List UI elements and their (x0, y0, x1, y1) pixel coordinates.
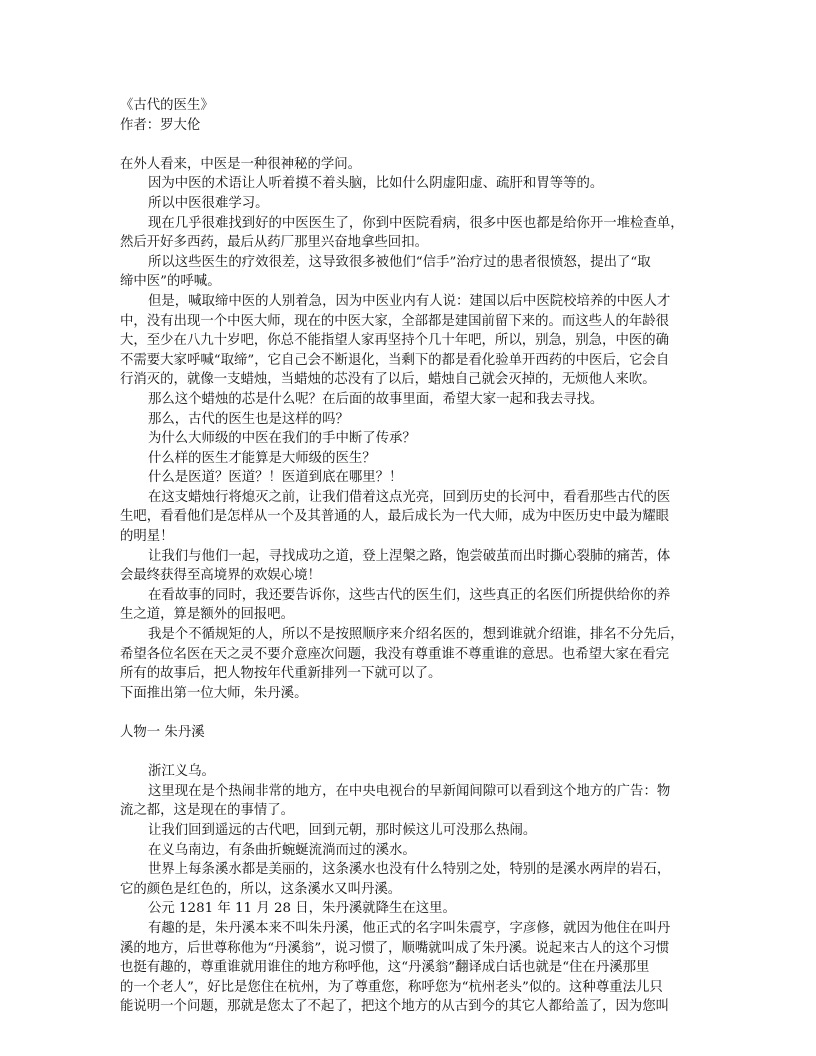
blank-line (120, 703, 700, 723)
paragraph: 我是个不循规矩的人，所以不是按照顺序来介绍名医的，想到谁就介绍谁，排名不分先后，… (120, 625, 700, 684)
text-line: 行消灭的，就像一支蜡烛，当蜡烛的芯没有了以后，蜡烛自己就会灭掉的，无烦他人来吹。 (120, 370, 700, 390)
paragraph: 在外人看来，中医是一种很神秘的学问。 (120, 155, 700, 175)
intro-section: 在外人看来，中医是一种很神秘的学问。因为中医的术语让人听着摸不着头脑，比如什么阴… (120, 155, 700, 704)
text-line: 生吧，看看他们是怎样从一个及其普通的人，最后成长为一代大师，成为中医历史中最为耀… (120, 507, 700, 527)
text-line: 溪的地方，后世尊称他为“丹溪翁”，说习惯了，顺嘴就叫成了朱丹溪。说起来古人的这个… (120, 939, 700, 959)
paragraph: 这里现在是个热闹非常的地方，在中央电视台的早新闻间隙可以看到这个地方的广告：物流… (120, 782, 700, 821)
paragraph: 现在几乎很难找到好的中医医生了，你到中医院看病，很多中医也都是给你开一堆检查单，… (120, 214, 700, 253)
paragraph: 什么是医道？医道？！医道到底在哪里？！ (120, 468, 700, 488)
text-line: 现在几乎很难找到好的中医医生了，你到中医院看病，很多中医也都是给你开一堆检查单， (120, 214, 700, 234)
text-line: 在这支蜡烛行将熄灭之前，让我们借着这点光亮，回到历史的长河中，看看那些古代的医 (120, 488, 700, 508)
text-line: 中，没有出现一个中医大师，现在的中医大家，全部都是建国前留下来的。而这些人的年龄… (120, 312, 700, 332)
text-line: 所以中医很难学习。 (120, 194, 700, 214)
paragraph: 因为中医的术语让人听着摸不着头脑，比如什么阴虚阳虚、疏肝和胃等等的。 (120, 174, 700, 194)
text-line: 不需要大家呼喊“取缔”，它自己会不断退化，当剩下的都是看化验单开西药的中医后，它… (120, 351, 700, 371)
text-line: 缔中医”的呼喊。 (120, 272, 700, 292)
text-line: 会最终获得至高境界的欢娱心境！ (120, 566, 700, 586)
text-line: 也挺有趣的，尊重谁就用谁住的地方称呼他，这“丹溪翁”翻译成白话也就是“住在丹溪那… (120, 958, 700, 978)
paragraph: 所以中医很难学习。 (120, 194, 700, 214)
paragraph: 那么这个蜡烛的芯是什么呢？在后面的故事里面，希望大家一起和我去寻找。 (120, 390, 700, 410)
text-line: 那么，古代的医生也是这样的吗？ (120, 410, 700, 430)
text-line: 在看故事的同时，我还要告诉你，这些古代的医生们，这些真正的名医们所提供给你的养 (120, 586, 700, 606)
text-line: 有趣的是，朱丹溪本来不叫朱丹溪，他正式的名字叫朱震亨，字彦修，就因为他住在叫丹 (120, 919, 700, 939)
text-line: 的一个老人”，好比是您住在杭州，为了尊重您，称呼您为“杭州老头”似的。这种尊重法… (120, 978, 700, 998)
paragraph: 公元 1281 年 11 月 28 日，朱丹溪就降生在这里。 (120, 899, 700, 919)
text-line: 让我们回到遥远的古代吧，回到元朝，那时候这儿可没那么热闹。 (120, 821, 700, 841)
paragraph: 有趣的是，朱丹溪本来不叫朱丹溪，他正式的名字叫朱震亨，字彦修，就因为他住在叫丹溪… (120, 919, 700, 1017)
paragraph: 什么样的医生才能算是大师级的医生？ (120, 449, 700, 469)
text-line: 为什么大师级的中医在我们的手中断了传承？ (120, 429, 700, 449)
text-line: 希望各位名医在天之灵不要介意座次问题，我没有尊重谁不尊重谁的意思。也希望大家在看… (120, 645, 700, 665)
text-line: 流之都，这是现在的事情了。 (120, 801, 700, 821)
text-line: 在义乌南边，有条曲折蜿蜒流淌而过的溪水。 (120, 841, 700, 861)
paragraph: 浙江义乌。 (120, 762, 700, 782)
paragraph: 让我们与他们一起，寻找成功之道，登上涅槃之路，饱尝破茧而出时撕心裂肺的痛苦，体会… (120, 547, 700, 586)
text-line: 它的颜色是红色的，所以，这条溪水又叫丹溪。 (120, 880, 700, 900)
paragraph: 下面推出第一位大师，朱丹溪。 (120, 684, 700, 704)
blank-line (120, 135, 700, 155)
text-line: 所有的故事后，把人物按年代重新排列一下就可以了。 (120, 664, 700, 684)
paragraph: 所以这些医生的疗效很差，这导致很多被他们“信手”治疗过的患者很愤怒，提出了“取缔… (120, 253, 700, 292)
text-line: 所以这些医生的疗效很差，这导致很多被他们“信手”治疗过的患者很愤怒，提出了“取 (120, 253, 700, 273)
text-line: 公元 1281 年 11 月 28 日，朱丹溪就降生在这里。 (120, 899, 700, 919)
paragraph: 为什么大师级的中医在我们的手中断了传承？ (120, 429, 700, 449)
paragraph: 那么，古代的医生也是这样的吗？ (120, 410, 700, 430)
text-line: 什么样的医生才能算是大师级的医生？ (120, 449, 700, 469)
paragraph: 让我们回到遥远的古代吧，回到元朝，那时候这儿可没那么热闹。 (120, 821, 700, 841)
paragraph: 但是，喊取缔中医的人别着急，因为中医业内有人说：建国以后中医院校培养的中医人才中… (120, 292, 700, 390)
paragraph: 在义乌南边，有条曲折蜿蜒流淌而过的溪水。 (120, 841, 700, 861)
text-line: 我是个不循规矩的人，所以不是按照顺序来介绍名医的，想到谁就介绍谁，排名不分先后， (120, 625, 700, 645)
text-line: 下面推出第一位大师，朱丹溪。 (120, 684, 700, 704)
document-author: 作者：罗大伦 (120, 116, 700, 136)
text-line: 这里现在是个热闹非常的地方，在中央电视台的早新闻间隙可以看到这个地方的广告：物 (120, 782, 700, 802)
text-line: 世界上每条溪水都是美丽的，这条溪水也没有什么特别之处，特别的是溪水两岸的岩石， (120, 860, 700, 880)
text-line: 因为中医的术语让人听着摸不着头脑，比如什么阴虚阳虚、疏肝和胃等等的。 (120, 174, 700, 194)
section-heading: 人物一 朱丹溪 (120, 723, 700, 743)
paragraph: 世界上每条溪水都是美丽的，这条溪水也没有什么特别之处，特别的是溪水两岸的岩石，它… (120, 860, 700, 899)
text-line: 的明星！ (120, 527, 700, 547)
text-line: 那么这个蜡烛的芯是什么呢？在后面的故事里面，希望大家一起和我去寻找。 (120, 390, 700, 410)
document-page: 《古代的医生》 作者：罗大伦 在外人看来，中医是一种很神秘的学问。因为中医的术语… (120, 96, 700, 1017)
text-line: 浙江义乌。 (120, 762, 700, 782)
text-line: 让我们与他们一起，寻找成功之道，登上涅槃之路，饱尝破茧而出时撕心裂肺的痛苦，体 (120, 547, 700, 567)
text-line: 然后开好多西药，最后从药厂那里兴奋地拿些回扣。 (120, 233, 700, 253)
story-section: 浙江义乌。这里现在是个热闹非常的地方，在中央电视台的早新闻间隙可以看到这个地方的… (120, 762, 700, 1017)
paragraph: 在看故事的同时，我还要告诉你，这些古代的医生们，这些真正的名医们所提供给你的养生… (120, 586, 700, 625)
text-line: 什么是医道？医道？！医道到底在哪里？！ (120, 468, 700, 488)
blank-line (120, 743, 700, 763)
text-line: 能说明一个问题，那就是您太了不起了，把这个地方的从古到今的其它人都给盖了，因为您… (120, 997, 700, 1017)
text-line: 生之道，算是额外的回报吧。 (120, 605, 700, 625)
text-line: 但是，喊取缔中医的人别着急，因为中医业内有人说：建国以后中医院校培养的中医人才 (120, 292, 700, 312)
document-title: 《古代的医生》 (120, 96, 700, 116)
text-line: 在外人看来，中医是一种很神秘的学问。 (120, 155, 700, 175)
text-line: 大，至少在八九十岁吧，你总不能指望人家再坚持个几十年吧，所以，别急，别急，中医的… (120, 331, 700, 351)
paragraph: 在这支蜡烛行将熄灭之前，让我们借着这点光亮，回到历史的长河中，看看那些古代的医生… (120, 488, 700, 547)
